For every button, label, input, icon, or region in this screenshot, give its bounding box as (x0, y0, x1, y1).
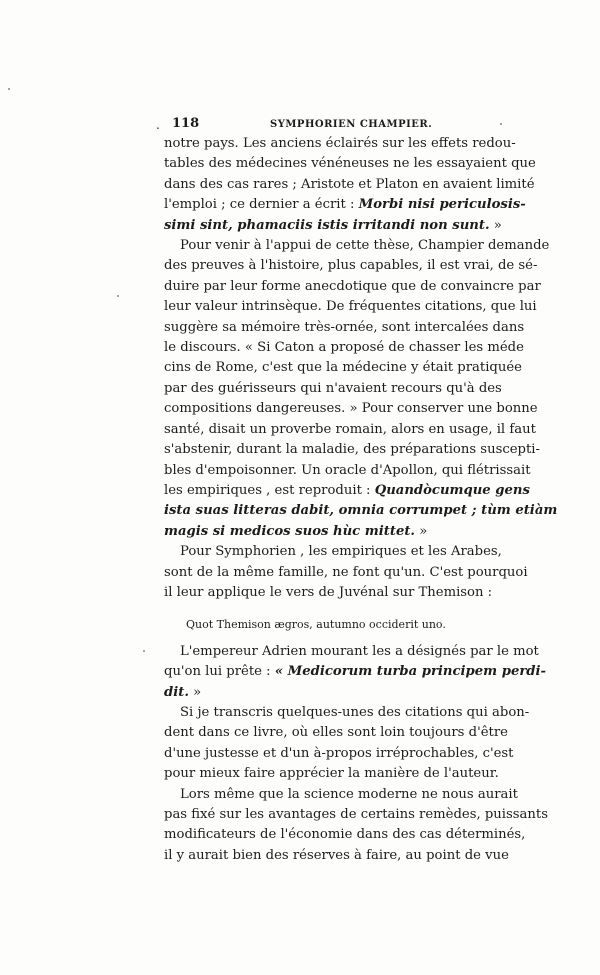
text-line: dent dans ce livre, où elles sont loin t… (164, 723, 482, 743)
scan-speck (117, 295, 119, 297)
text-line: bles d'empoisonner. Un oracle d'Apollon,… (164, 461, 482, 481)
text-line: le discours. « Si Caton a proposé de cha… (164, 338, 482, 358)
latin-quote: simi sint, phamaciis istis irritandi non… (164, 218, 490, 233)
text-line: L'empereur Adrien mourant les a désignés… (164, 642, 482, 662)
text-line: d'une justesse et d'un à-propos irréproc… (164, 744, 482, 764)
text-line: Pour Symphorien , les empiriques et les … (164, 542, 482, 562)
text-line: pour mieux faire apprécier la manière de… (164, 764, 482, 784)
text-span: qu'on lui prête : (164, 664, 271, 679)
text-line: Pour venir à l'appui de cette thèse, Cha… (164, 236, 482, 256)
margin-mark: . (156, 118, 160, 132)
text-line: modificateurs de l'économie dans des cas… (164, 825, 482, 845)
text-line: Si je transcris quelques-unes des citati… (164, 703, 482, 723)
text-line: les empiriques , est reproduit : Quandòc… (164, 481, 482, 501)
text-line: par des guérisseurs qui n'avaient recour… (164, 379, 482, 399)
page-header: . 118 SYMPHORIEN CHAMPIER. (160, 116, 480, 136)
text-line: magis si medicos suos hùc mittet. » (164, 522, 482, 542)
verse-quote: Quot Themison ægros, autumno occiderit u… (164, 615, 482, 635)
text-line: tables des médecines vénéneuses ne les e… (164, 154, 482, 174)
text-span: » (189, 685, 201, 700)
text-line: duire par leur forme anecdotique que de … (164, 277, 482, 297)
text-line: simi sint, phamaciis istis irritandi non… (164, 216, 482, 236)
scan-speck (500, 123, 502, 125)
text-line: compositions dangereuses. » Pour conserv… (164, 399, 482, 419)
text-span: les empiriques , est reproduit : (164, 483, 371, 498)
text-line: l'emploi ; ce dernier a écrit : Morbi ni… (164, 195, 482, 215)
text-line: dit. » (164, 683, 482, 703)
latin-quote: Morbi nisi periculosis- (359, 197, 526, 212)
text-line: des preuves à l'histoire, plus capables,… (164, 256, 482, 276)
text-line: cins de Rome, c'est que la médecine y ét… (164, 358, 482, 378)
text-line: qu'on lui prête : « Medicorum turba prin… (164, 662, 482, 682)
text-line: notre pays. Les anciens éclairés sur les… (164, 134, 482, 154)
running-head: SYMPHORIEN CHAMPIER. (270, 119, 432, 130)
text-line: leur valeur intrinsèque. De fréquentes c… (164, 297, 482, 317)
text-span: » (490, 218, 502, 233)
scan-speck (143, 650, 145, 652)
latin-quote: magis si medicos suos hùc mittet. (164, 524, 415, 539)
latin-quote: Quandòcumque gens (375, 483, 530, 498)
text-line: sont de la même famille, ne font qu'un. … (164, 563, 482, 583)
text-line: s'abstenir, durant la maladie, des prépa… (164, 440, 482, 460)
text-span: l'emploi ; ce dernier a écrit : (164, 197, 354, 212)
text-line: santé, disait un proverbe romain, alors … (164, 420, 482, 440)
latin-quote: « Medicorum turba principem perdi- (275, 664, 546, 679)
text-line: il y aurait bien des réserves à faire, a… (164, 846, 482, 866)
text-span: » (415, 524, 427, 539)
text-line: suggère sa mémoire très-ornée, sont inte… (164, 318, 482, 338)
scan-speck (8, 88, 10, 90)
text-line: il leur applique le vers de Juvénal sur … (164, 583, 482, 603)
page-body: notre pays. Les anciens éclairés sur les… (164, 134, 482, 866)
text-line: dans des cas rares ; Aristote et Platon … (164, 175, 482, 195)
text-line: pas fixé sur les avantages de certains r… (164, 805, 482, 825)
page-number: 118 (172, 116, 199, 131)
latin-quote: dit. (164, 685, 189, 700)
text-line: Lors même que la science moderne ne nous… (164, 785, 482, 805)
latin-quote: ista suas litteras dabit, omnia corrumpe… (164, 501, 482, 521)
